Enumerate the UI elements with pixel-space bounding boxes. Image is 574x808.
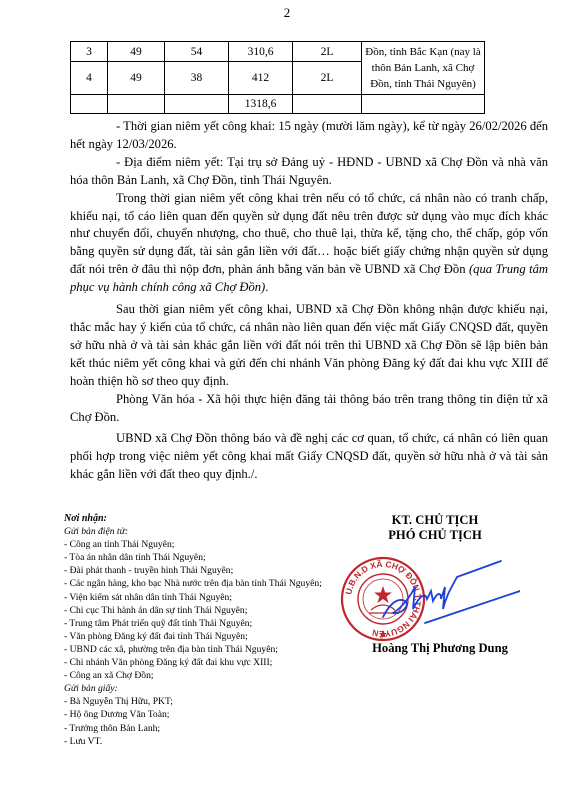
electronic-recipients-list: - Công an tỉnh Thái Nguyên;- Tòa án nhân… xyxy=(64,538,344,682)
signer-name: Hoàng Thị Phương Dung xyxy=(340,641,540,656)
location-line: Đồn, tỉnh Thái Nguyên) xyxy=(362,76,484,92)
table-cell xyxy=(71,95,108,114)
recipients-title: Nơi nhận: xyxy=(64,512,344,525)
table-cell: 38 xyxy=(165,62,229,95)
recipient-item: - Các ngân hàng, kho bạc Nhà nước trên đ… xyxy=(64,577,344,590)
electronic-copy-label: Gửi bản điện tử: xyxy=(64,525,344,538)
notice-body: - Thời gian niêm yết công khai: 15 ngày … xyxy=(70,118,548,484)
recipient-item: - Công an xã Chợ Đồn; xyxy=(64,669,344,682)
recipient-item: - Văn phòng Đăng ký đất đai tỉnh Thái Ng… xyxy=(64,630,344,643)
land-parcel-table: 3 49 54 310,6 2L Đồn, tỉnh Bắc Kạn (nay … xyxy=(70,41,485,114)
recipient-item: - Chi cục Thi hành án dân sự tỉnh Thái N… xyxy=(64,604,344,617)
table-cell xyxy=(293,95,362,114)
dispute-paragraph: Trong thời gian niêm yết công khai trên … xyxy=(70,190,548,297)
paper-recipients-list: - Bà Nguyễn Thị Hữu, PKT;- Hộ ông Dương … xyxy=(64,695,344,747)
posting-period-paragraph: - Thời gian niêm yết công khai: 15 ngày … xyxy=(70,118,548,154)
table-cell: 4 xyxy=(71,62,108,95)
location-line: Đồn, tỉnh Bắc Kạn (nay là xyxy=(362,44,484,60)
recipient-item: - Viện kiểm sát nhân dân tỉnh Thái Nguyê… xyxy=(64,591,344,604)
posting-location-paragraph: - Địa điểm niêm yết: Tại trụ sở Đảng uỷ … xyxy=(70,154,548,190)
signature-block: KT. CHỦ TỊCH PHÓ CHỦ TỊCH xyxy=(350,513,520,543)
recipient-item: - Hộ ông Dương Văn Toàn; xyxy=(64,708,344,721)
table-cell: 2L xyxy=(293,42,362,62)
table-cell xyxy=(108,95,165,114)
paper-copy-label: Gửi bản giấy: xyxy=(64,682,344,695)
after-posting-paragraph: Sau thời gian niêm yết công khai, UBND x… xyxy=(70,301,548,391)
location-line: thôn Bản Lanh, xã Chợ xyxy=(362,60,484,76)
recipient-item: - Lưu VT. xyxy=(64,735,344,748)
total-area-cell: 1318,6 xyxy=(229,95,293,114)
recipient-item: - Tòa án nhân dân tỉnh Thái Nguyên; xyxy=(64,551,344,564)
recipient-item: - Đài phát thanh - truyền hình Thái Nguy… xyxy=(64,564,344,577)
signer-role-2: PHÓ CHỦ TỊCH xyxy=(350,528,520,543)
handwritten-signature-icon xyxy=(375,557,520,627)
table-cell: 49 xyxy=(108,62,165,95)
table-cell xyxy=(165,95,229,114)
table-cell xyxy=(362,95,485,114)
recipient-item: - Công an tỉnh Thái Nguyên; xyxy=(64,538,344,551)
signer-role-1: KT. CHỦ TỊCH xyxy=(350,513,520,528)
table-cell: 2L xyxy=(293,62,362,95)
closing-paragraph: UBND xã Chợ Đồn thông báo và đề nghị các… xyxy=(70,430,548,484)
table-total-row: 1318,6 xyxy=(71,95,485,114)
publication-paragraph: Phòng Văn hóa - Xã hội thực hiện đăng tả… xyxy=(70,391,548,427)
recipient-item: - Trưởng thôn Bản Lanh; xyxy=(64,722,344,735)
page-number: 2 xyxy=(0,5,574,21)
recipient-item: - Bà Nguyễn Thị Hữu, PKT; xyxy=(64,695,344,708)
location-cell: Đồn, tỉnh Bắc Kạn (nay là thôn Bản Lanh,… xyxy=(362,42,485,95)
recipient-item: - Trung tâm Phát triển quỹ đất tỉnh Thái… xyxy=(64,617,344,630)
recipient-item: - UBND các xã, phường trên địa bàn tỉnh … xyxy=(64,643,344,656)
recipient-item: - Chi nhánh Văn phòng Đăng ký đất đai kh… xyxy=(64,656,344,669)
table-cell: 3 xyxy=(71,42,108,62)
table-row: 3 49 54 310,6 2L Đồn, tỉnh Bắc Kạn (nay … xyxy=(71,42,485,62)
table-cell: 412 xyxy=(229,62,293,95)
table-cell: 49 xyxy=(108,42,165,62)
recipients-block: Nơi nhận: Gửi bản điện tử: - Công an tỉn… xyxy=(64,512,344,748)
table-cell: 54 xyxy=(165,42,229,62)
table-cell: 310,6 xyxy=(229,42,293,62)
